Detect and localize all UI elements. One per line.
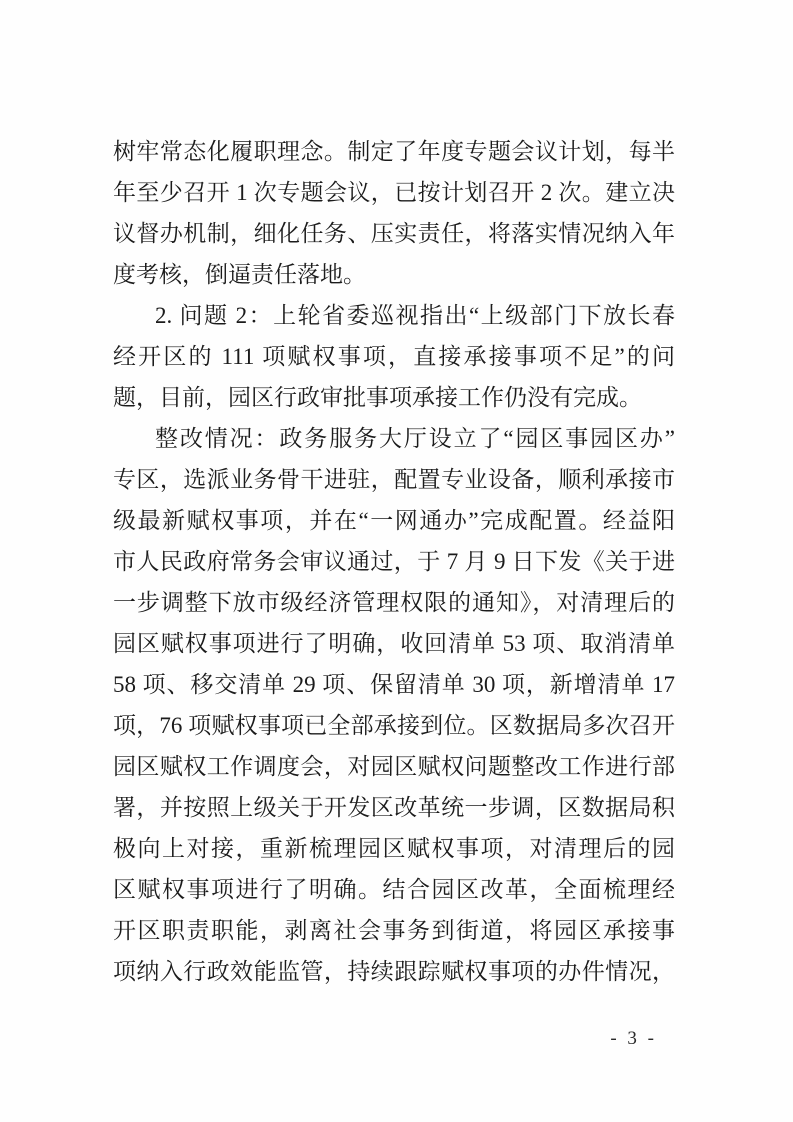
- text-line: 度考核，倒逼责任落地。: [113, 254, 675, 295]
- text-line: 58 项、移交清单 29 项、保留清单 30 项，新增清单 17: [113, 664, 675, 705]
- text-line: 市人民政府常务会审议通过，于 7 月 9 日下发《关于进: [113, 541, 675, 582]
- text-line: 极向上对接，重新梳理园区赋权事项，对清理后的园: [113, 828, 675, 869]
- document-page: 树牢常态化履职理念。制定了年度专题会议计划，每半年至少召开 1 次专题会议，已按…: [0, 0, 793, 1122]
- text-line: 项，76 项赋权事项已全部承接到位。区数据局多次召开: [113, 705, 675, 746]
- text-line: 署，并按照上级关于开发区改革统一步调，区数据局积: [113, 787, 675, 828]
- text-line: 园区赋权工作调度会，对园区赋权问题整改工作进行部: [113, 746, 675, 787]
- text-line: 开区职责职能，剥离社会事务到街道，将园区承接事: [113, 910, 675, 951]
- text-line: 题，目前，园区行政审批事项承接工作仍没有完成。: [113, 377, 675, 418]
- text-line: 整改情况：政务服务大厅设立了“园区事园区办”: [113, 418, 675, 459]
- text-line: 树牢常态化履职理念。制定了年度专题会议计划，每半: [113, 131, 675, 172]
- text-line: 议督办机制，细化任务、压实责任，将落实情况纳入年: [113, 213, 675, 254]
- text-line: 级最新赋权事项，并在“一网通办”完成配置。经益阳: [113, 500, 675, 541]
- text-line: 年至少召开 1 次专题会议，已按计划召开 2 次。建立决: [113, 172, 675, 213]
- page-footer: - 3 -: [0, 1027, 793, 1051]
- text-line: 一步调整下放市级经济管理权限的通知》，对清理后的: [113, 582, 675, 623]
- document-text: 树牢常态化履职理念。制定了年度专题会议计划，每半年至少召开 1 次专题会议，已按…: [113, 131, 675, 992]
- text-line: 经开区的 111 项赋权事项，直接承接事项不足”的问: [113, 336, 675, 377]
- text-line: 2. 问题 2：上轮省委巡视指出“上级部门下放长春: [113, 295, 675, 336]
- text-line: 区赋权事项进行了明确。结合园区改革，全面梳理经: [113, 869, 675, 910]
- text-line: 项纳入行政效能监管，持续跟踪赋权事项的办件情况，: [113, 951, 675, 992]
- page-number: - 3 -: [610, 1028, 657, 1049]
- text-line: 专区，选派业务骨干进驻，配置专业设备，顺利承接市: [113, 459, 675, 500]
- text-line: 园区赋权事项进行了明确，收回清单 53 项、取消清单: [113, 623, 675, 664]
